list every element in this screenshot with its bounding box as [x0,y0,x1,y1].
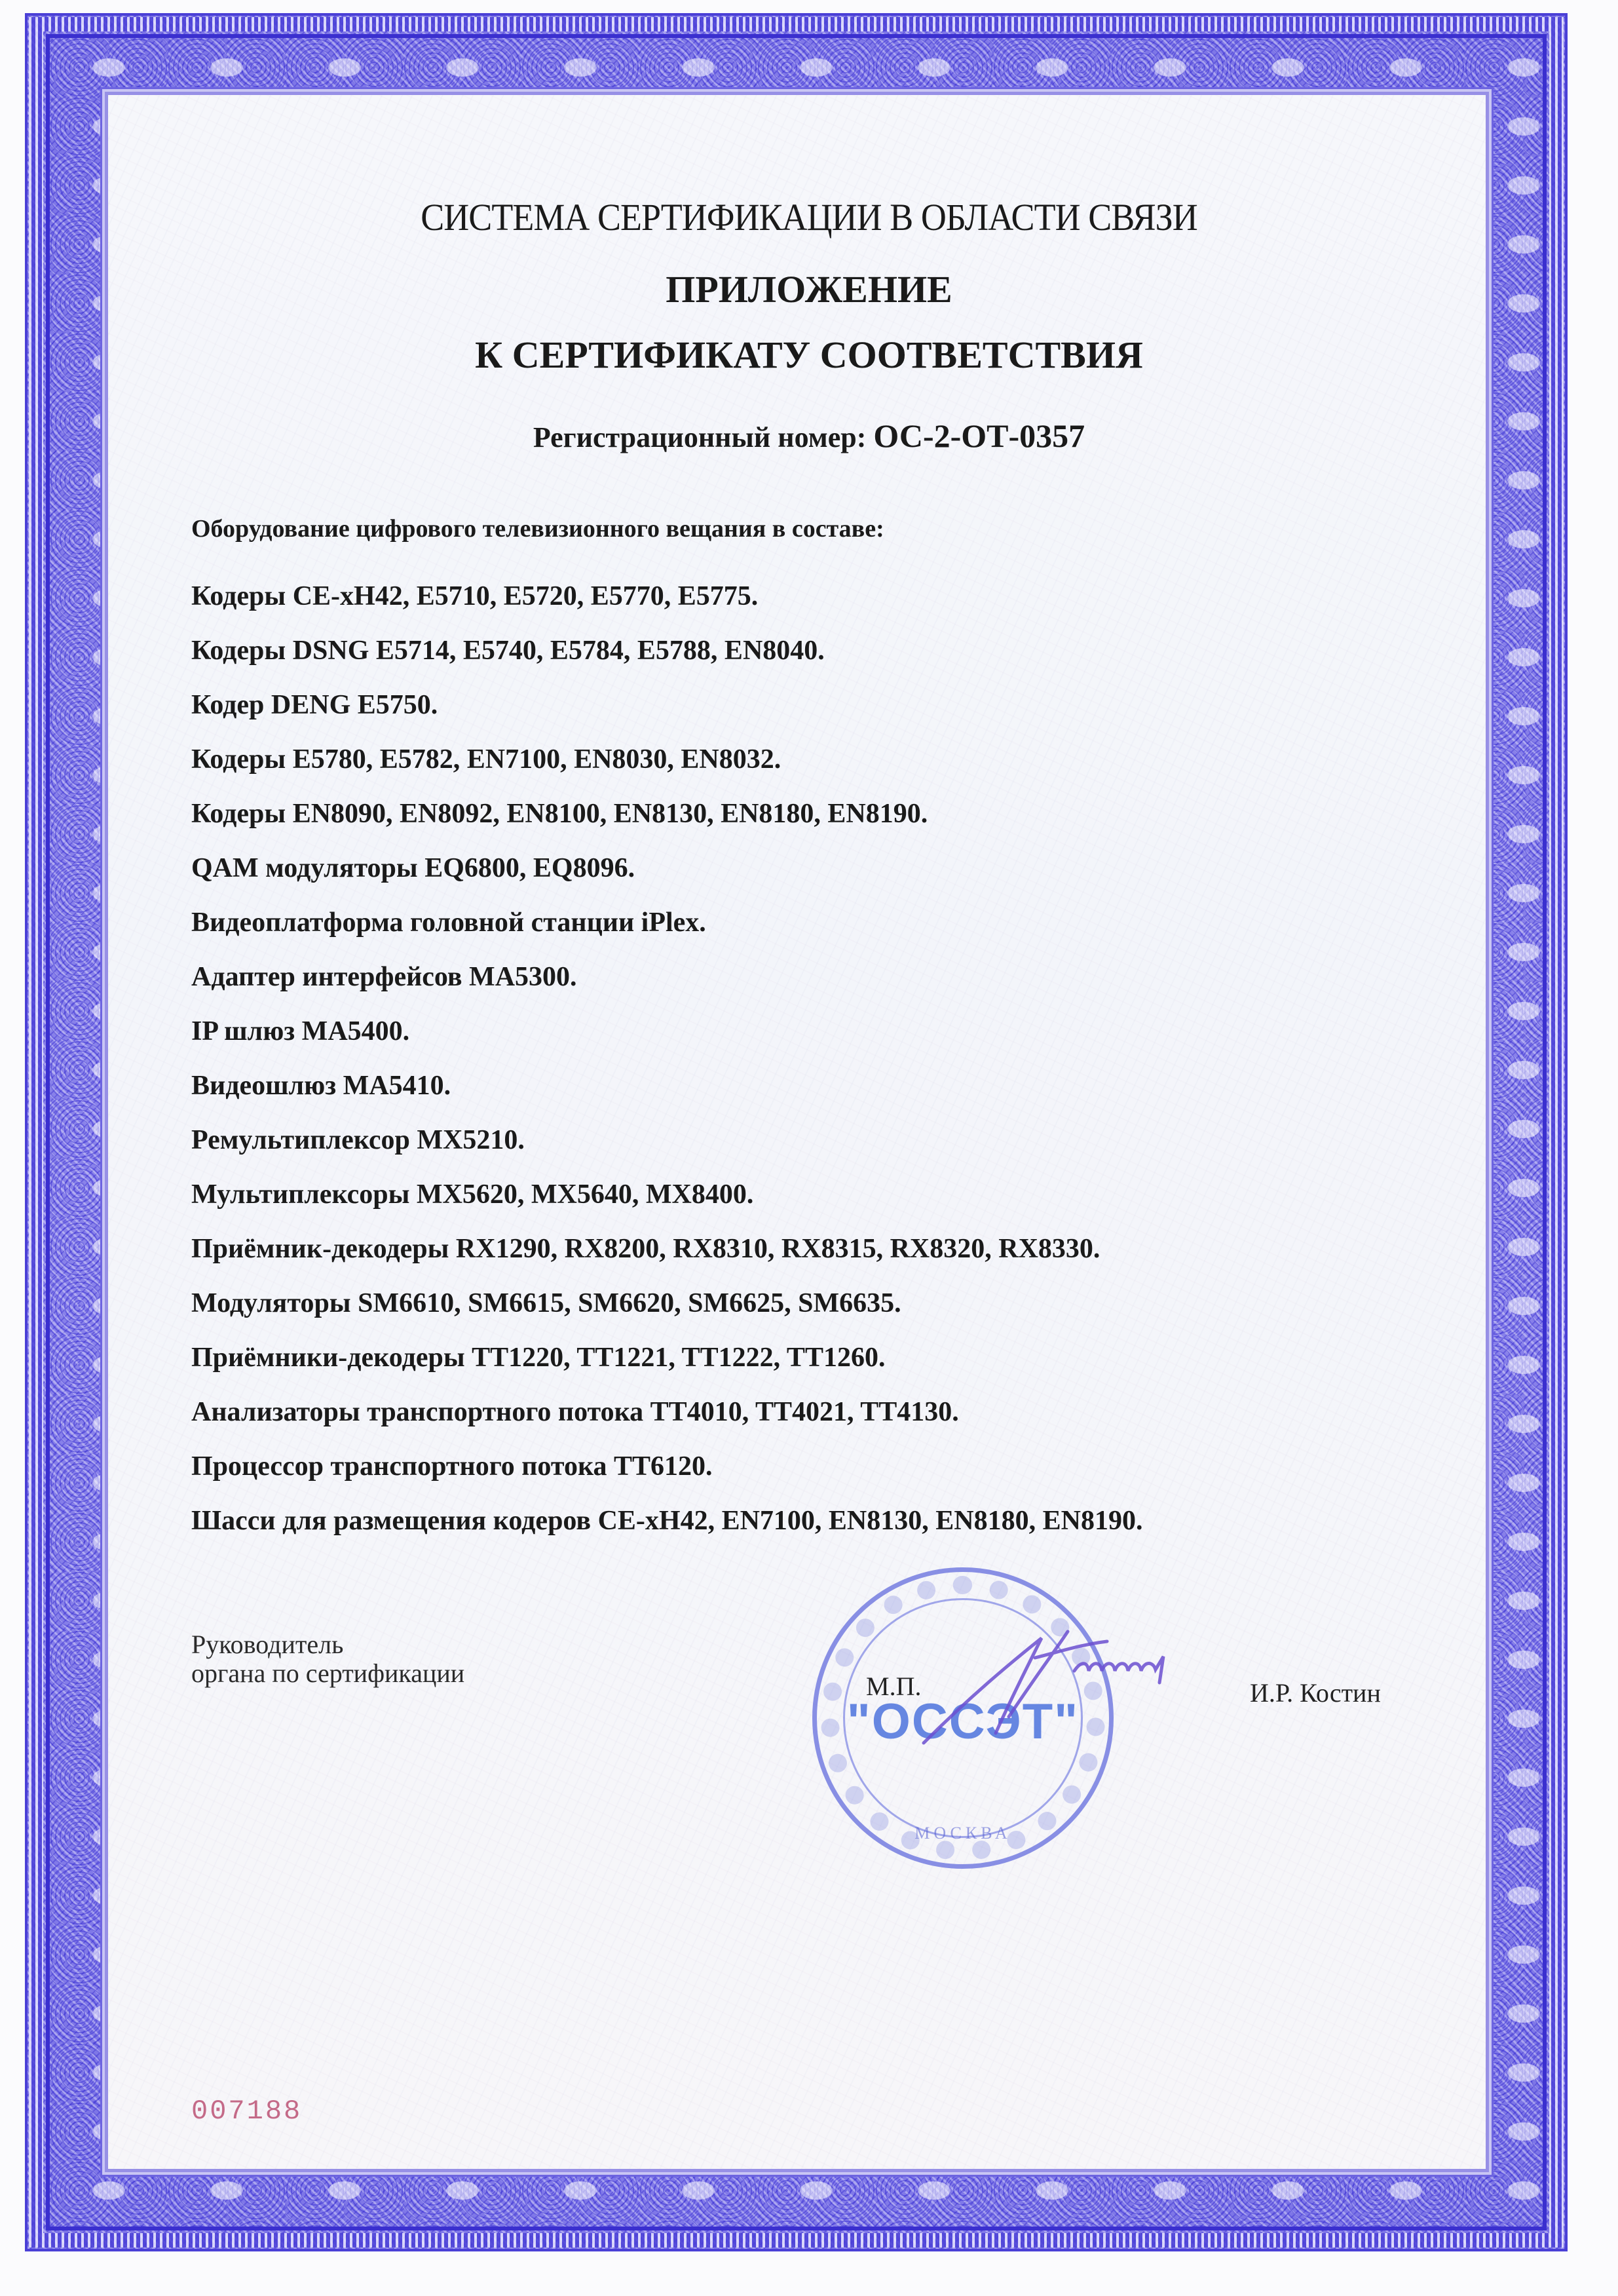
serial-number: 007188 [191,2095,302,2127]
equipment-item: Кодеры DSNG E5714, E5740, E5784, E5788, … [191,631,1142,685]
handwritten-signature [911,1618,1225,1750]
registration-line: Регистрационный номер: ОС-2-ОТ-0357 [0,417,1618,455]
signer-role-line1: Руководитель [191,1630,464,1659]
equipment-item: Модуляторы SM6610, SM6615, SM6620, SM662… [191,1284,1142,1338]
equipment-item: Кодеры E5780, E5782, EN7100, EN8030, EN8… [191,740,1142,794]
equipment-item: Видеошлюз MA5410. [191,1066,1142,1120]
equipment-item: IP шлюз MA5400. [191,1012,1142,1066]
signer-name: И.Р. Костин [1250,1677,1381,1708]
annex-title: ПРИЛОЖЕНИЕ [0,267,1618,311]
equipment-item: Приёмники-декодеры TT1220, TT1221, TT122… [191,1338,1142,1392]
equipment-item: Видеоплатформа головной станции iPlex. [191,903,1142,957]
annex-subtitle: К СЕРТИФИКАТУ СООТВЕТСТВИЯ [0,333,1618,377]
equipment-item: Мультиплексоры MX5620, MX5640, MX8400. [191,1175,1142,1229]
equipment-item: Ремультиплексор MX5210. [191,1120,1142,1175]
stamp-city: МОСКВА [817,1824,1109,1843]
equipment-item: Анализаторы транспортного потока TT4010,… [191,1392,1142,1447]
registration-label: Регистрационный номер: [533,421,867,453]
equipment-item: Процессор транспортного потока TT6120. [191,1447,1142,1501]
equipment-intro: Оборудование цифрового телевизионного ве… [191,514,884,543]
equipment-item: Шасси для размещения кодеров CE-xH42, EN… [191,1501,1142,1556]
equipment-item: Приёмник-декодеры RX1290, RX8200, RX8310… [191,1229,1142,1284]
equipment-item: Кодеры CE-xH42, E5710, E5720, E5770, E57… [191,577,1142,631]
registration-number: ОС-2-ОТ-0357 [873,417,1085,454]
system-title: СИСТЕМА СЕРТИФИКАЦИИ В ОБЛАСТИ СВЯЗИ [56,195,1561,239]
signer-role-line2: органа по сертификации [191,1659,464,1688]
equipment-item: Кодер DENG E5750. [191,685,1142,740]
equipment-list: Кодеры CE-xH42, E5710, E5720, E5770, E57… [191,577,1142,1556]
equipment-item: Адаптер интерфейсов MA5300. [191,957,1142,1012]
equipment-item: Кодеры EN8090, EN8092, EN8100, EN8130, E… [191,794,1142,849]
equipment-item: QAM модуляторы EQ6800, EQ8096. [191,849,1142,903]
signer-role: Руководитель органа по сертификации [191,1630,464,1688]
